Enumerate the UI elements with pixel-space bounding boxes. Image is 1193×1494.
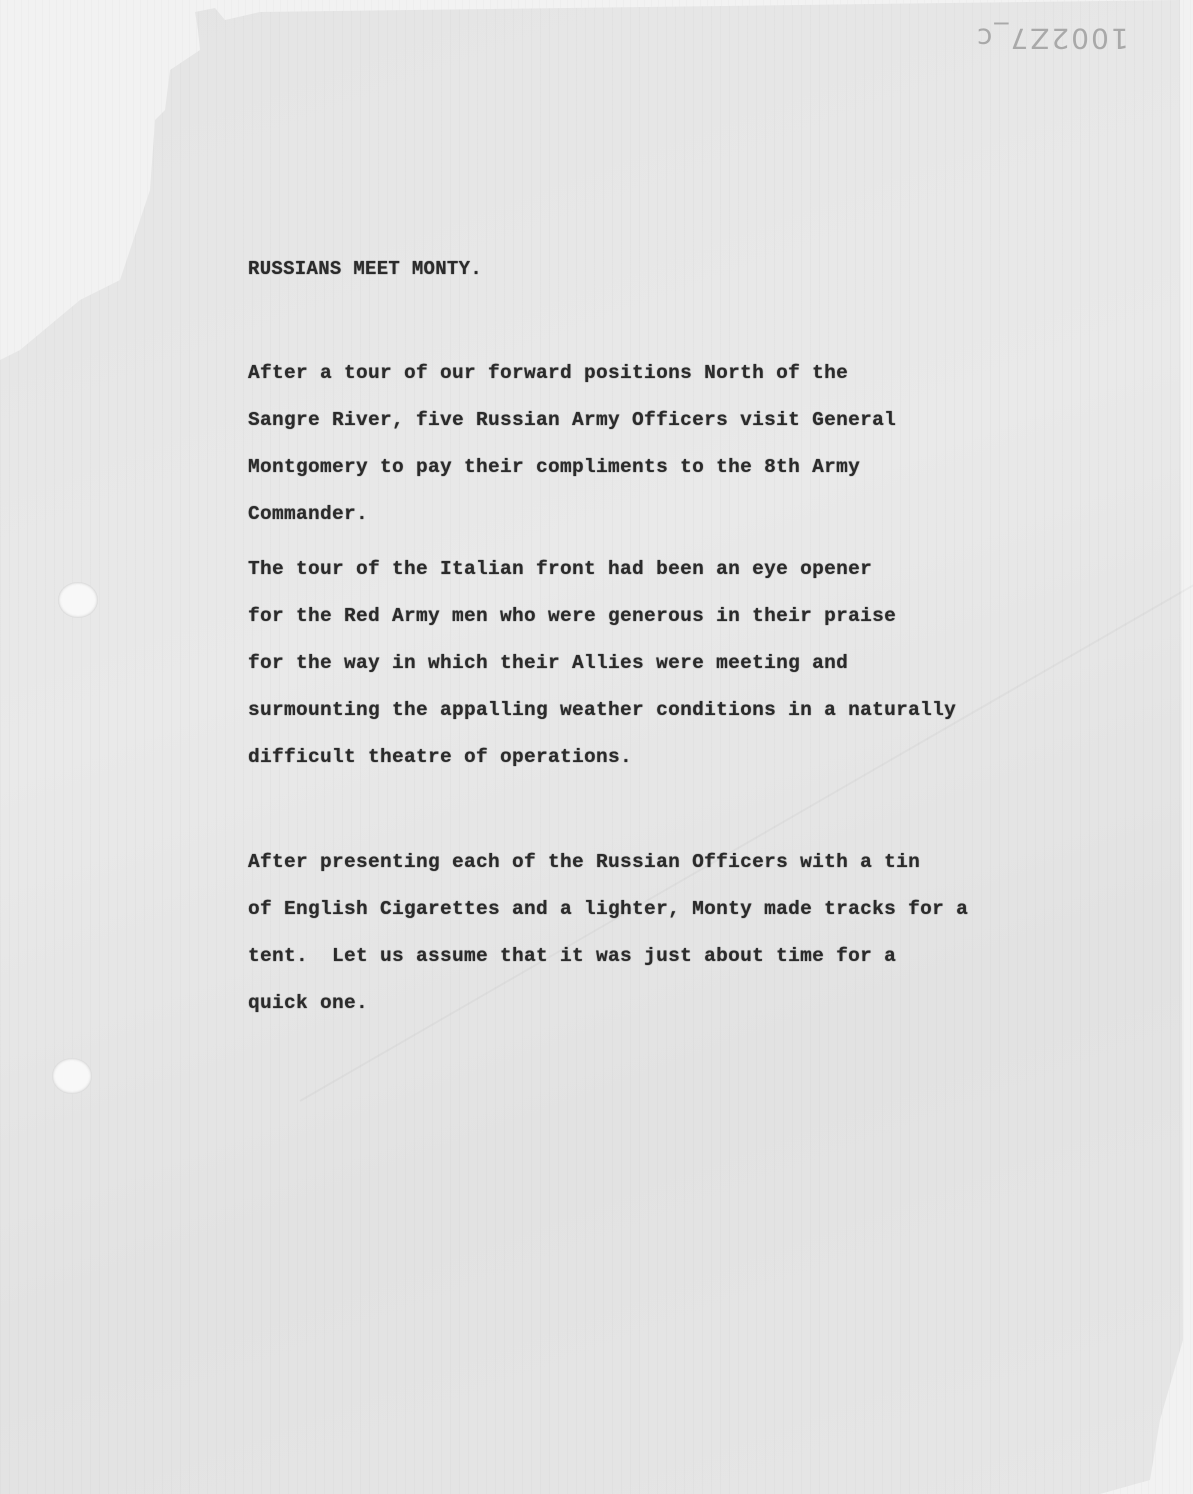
text-line: surmounting the appalling weather condit…: [248, 687, 1168, 734]
text-line: After a tour of our forward positions No…: [248, 350, 1168, 397]
text-line: Sangre River, five Russian Army Officers…: [248, 397, 1168, 444]
text-line: of English Cigarettes and a lighter, Mon…: [248, 886, 1168, 933]
text-line: quick one.: [248, 980, 1168, 1027]
text-line: for the Red Army men who were generous i…: [248, 593, 1168, 640]
text-line: difficult theatre of operations.: [248, 734, 1168, 781]
paragraph-2: The tour of the Italian front had been a…: [248, 546, 1168, 781]
text-line: Commander.: [248, 491, 1168, 538]
document-title: RUSSIANS MEET MONTY.: [248, 256, 1168, 282]
text-line: tent. Let us assume that it was just abo…: [248, 933, 1168, 980]
text-line: for the way in which their Allies were m…: [248, 640, 1168, 687]
paragraph-3: After presenting each of the Russian Off…: [248, 839, 1168, 1027]
text-line: The tour of the Italian front had been a…: [248, 546, 1168, 593]
paragraph-1: After a tour of our forward positions No…: [248, 350, 1168, 538]
typed-document-body: RUSSIANS MEET MONTY. After a tour of our…: [248, 256, 1168, 1027]
text-line: Montgomery to pay their compliments to t…: [248, 444, 1168, 491]
handwritten-file-reference: 1002Z7_c: [975, 22, 1129, 55]
punch-hole-upper: [58, 582, 98, 618]
text-line: After presenting each of the Russian Off…: [248, 839, 1168, 886]
punch-hole-lower: [52, 1058, 92, 1094]
